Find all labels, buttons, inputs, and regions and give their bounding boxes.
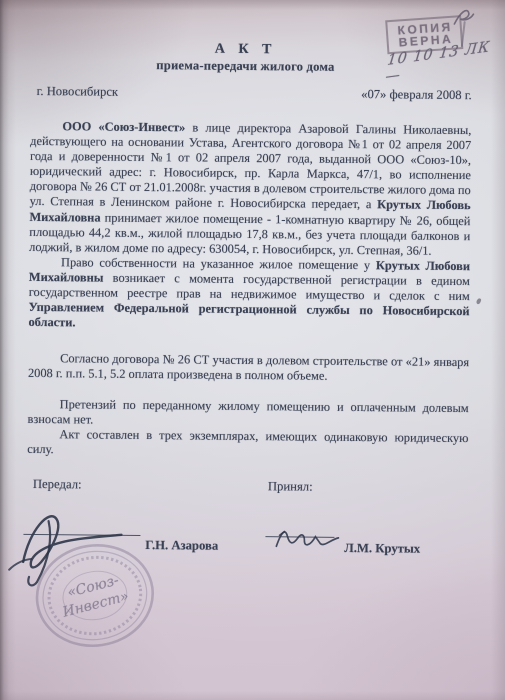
paragraph-ownership-text-1: Право собственности на указанное жилое п… [61, 255, 376, 272]
document-body: ООО «Союз-Инвест» в лице директора Азаро… [27, 119, 471, 461]
acceptor-name: Л.М. Крутых [344, 541, 420, 557]
document-photo: КОПИЯ ВЕРНА 10 10 13 ЛК — А К Т приема-п… [0, 0, 505, 700]
party-company-name: ООО «Союз-Инвест» [62, 119, 185, 134]
act-document: КОПИЯ ВЕРНА 10 10 13 ЛК — А К Т приема-п… [0, 0, 505, 700]
transferor-name: Г.Н. Азарова [145, 538, 218, 554]
document-title-block: А К Т приема-передачи жилого дома [0, 40, 491, 77]
paragraph-payment: Согласно договора № 26 СТ участия в доле… [28, 351, 469, 385]
document-date: «07» февраля 2008 г. [361, 87, 472, 103]
transferor-label: Передал: [33, 477, 82, 492]
document-city: г. Новосибирск [37, 84, 119, 100]
paragraph-no-claims: Претензий по переданному жилому помещени… [27, 396, 468, 430]
registration-authority-name: Управлением Федеральной регистрационной … [28, 300, 469, 330]
acceptor-signature [271, 526, 343, 555]
acceptor-label: Принял: [268, 479, 313, 494]
company-seal: «Союз- Инвест» [21, 531, 168, 659]
paragraph-ownership: Право собственности на указанное жилое п… [28, 255, 470, 335]
paragraph-copies: Акт составлен в трех экземплярах, имеющи… [27, 427, 468, 461]
city-date-row: г. Новосибирск «07» февраля 2008 г. [37, 84, 472, 103]
paragraph-transfer: ООО «Союз-Инвест» в лице директора Азаро… [29, 119, 471, 259]
ink-speck [476, 298, 482, 305]
